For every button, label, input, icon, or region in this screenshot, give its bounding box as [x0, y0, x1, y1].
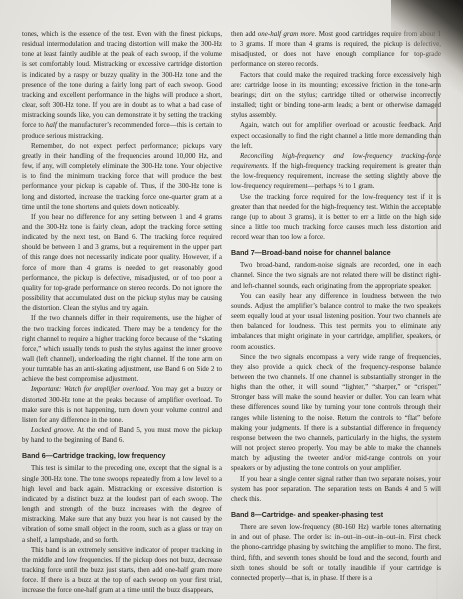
paragraph: then add one-half gram more. Most good c… [231, 29, 441, 70]
italic-text-segment: Locked groove. [31, 426, 75, 434]
italic-text-segment: Important: Watch for amplifier overload. [31, 385, 149, 393]
paragraph: Use the tracking force required for the … [231, 192, 441, 243]
text-segment: Band 8—Cartridge- and speaker-phasing te… [231, 511, 383, 519]
text-columns: tones, which is the essence of the test.… [22, 29, 441, 595]
paragraph: There are seven low-frequency (80-160 Hz… [231, 522, 441, 583]
text-segment: Remember, do not expect perfect performa… [22, 142, 222, 211]
text-segment: Use the tracking force required for the … [231, 193, 441, 242]
scanned-page: tones, which is the essence of the test.… [0, 0, 463, 599]
text-segment: Two broad-band, random-noise signals are… [231, 261, 441, 289]
text-segment: This test is similar to the preceding on… [22, 464, 222, 543]
left-column: tones, which is the essence of the test.… [22, 29, 222, 595]
italic-text-segment: half [46, 121, 57, 129]
paragraph: Since the two signals encompass a very w… [231, 352, 441, 474]
paragraph: If the two channels differ in their requ… [22, 313, 222, 384]
paragraph: Locked groove. At the end of Band 5, you… [22, 425, 222, 445]
text-segment: If you hear a single center signal rathe… [231, 475, 441, 503]
band-heading: Band 6—Cartridge tracking, low frequency [22, 451, 222, 461]
text-segment: Again, watch out for amplifier overload … [231, 121, 441, 149]
text-segment: Factors that could make the required tra… [231, 71, 441, 120]
paragraph: This test is similar to the preceding on… [22, 463, 222, 544]
band-heading: Band 7—Broad-band noise for channel bala… [231, 248, 441, 258]
paragraph: Remember, do not expect perfect performa… [22, 141, 222, 212]
text-segment: If you hear no difference for any settin… [22, 213, 222, 312]
paragraph: Factors that could make the required tra… [231, 70, 441, 121]
text-segment: There are seven low-frequency (80-160 Hz… [231, 523, 441, 582]
paragraph: tones, which is the essence of the test.… [22, 29, 222, 141]
paragraph: You can easily hear any difference in lo… [231, 291, 441, 352]
text-segment: Band 7—Broad-band noise for channel bala… [231, 249, 391, 257]
text-segment: tones, which is the essence of the test.… [22, 30, 222, 129]
paragraph: Important: Watch for amplifier overload.… [22, 384, 222, 425]
text-segment: If the two channels differ in their requ… [22, 314, 222, 383]
paragraph: Reconciling high-frequency and low-frequ… [231, 151, 441, 192]
right-column: then add one-half gram more. Most good c… [231, 29, 441, 595]
paragraph: Again, watch out for amplifier overload … [231, 120, 441, 150]
text-segment: then add [231, 30, 258, 38]
text-segment: Since the two signals encompass a very w… [231, 353, 441, 473]
band-heading: Band 8—Cartridge- and speaker-phasing te… [231, 510, 441, 520]
paragraph: Two broad-band, random-noise signals are… [231, 260, 441, 290]
paragraph: If you hear no difference for any settin… [22, 212, 222, 314]
text-segment: This band is an extremely sensitive indi… [22, 546, 222, 595]
text-segment: Band 6—Cartridge tracking, low frequency [22, 452, 165, 460]
paragraph: If you hear a single center signal rathe… [231, 474, 441, 504]
paragraph: This band is an extremely sensitive indi… [22, 545, 222, 596]
italic-text-segment: one-half gram more. [258, 30, 317, 38]
text-segment: You can easily hear any difference in lo… [231, 292, 441, 351]
